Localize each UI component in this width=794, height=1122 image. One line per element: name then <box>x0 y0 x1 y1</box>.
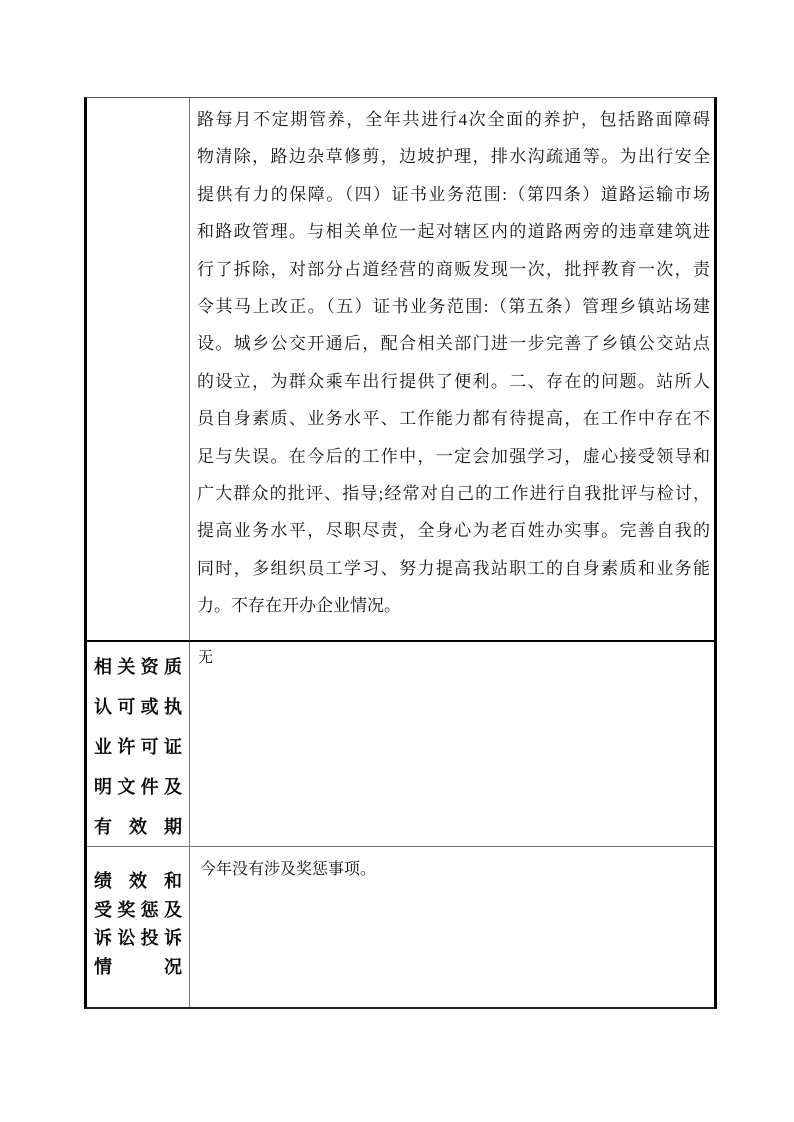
header-line: 明文件及 <box>94 767 182 807</box>
body-line: 物清除，路边杂草修剪，边坡护理，排水沟疏通等。为出行安全 <box>197 138 710 175</box>
header-line: 认可或执 <box>94 687 182 727</box>
header-line: 受奖惩及 <box>94 896 182 925</box>
header-line: 绩效和 <box>94 867 182 896</box>
body-line: 广大群众的批评、指导;经常对自己的工作进行自我批评与检讨， <box>197 475 710 512</box>
qualifications-header: 相关资质 认可或执 业许可证 明文件及 有效期 <box>87 642 190 846</box>
header-line: 诉讼投诉 <box>94 924 182 953</box>
header-line: 有效期 <box>94 807 182 847</box>
table-row-report-body: 路每月不定期管养，全年共进行4次全面的养护，包括路面障碍 物清除，路边杂草修剪，… <box>87 98 714 642</box>
body-line: 的设立，为群众乘车出行提供了便利。二、存在的问题。站所人 <box>197 363 710 400</box>
header-cell-empty <box>87 98 190 640</box>
performance-value: 今年没有涉及奖惩事项。 <box>190 847 714 1007</box>
header-line: 情况 <box>94 953 182 982</box>
body-line: 行了拆除，对部分占道经营的商贩发现一次，批抨教育一次，责 <box>197 251 710 288</box>
body-line: 力。不存在开办企业情况。 <box>197 587 710 624</box>
header-line: 业许可证 <box>94 727 182 767</box>
report-body-text: 路每月不定期管养，全年共进行4次全面的养护，包括路面障碍 物清除，路边杂草修剪，… <box>190 98 714 640</box>
body-line: 提供有力的保障。（四）证书业务范围:（第四条）道路运输市场 <box>197 176 710 213</box>
body-line: 足与失误。在今后的工作中，一定会加强学习，虚心接受领导和 <box>197 438 710 475</box>
body-line: 员自身素质、业务水平、工作能力都有待提高，在工作中存在不 <box>197 400 710 437</box>
document-page: 路每月不定期管养，全年共进行4次全面的养护，包括路面障碍 物清除，路边杂草修剪，… <box>0 0 794 1122</box>
report-table: 路每月不定期管养，全年共进行4次全面的养护，包括路面障碍 物清除，路边杂草修剪，… <box>84 97 717 1009</box>
body-line: 路每月不定期管养，全年共进行4次全面的养护，包括路面障碍 <box>197 101 710 138</box>
table-row-qualifications: 相关资质 认可或执 业许可证 明文件及 有效期 无 <box>87 642 714 847</box>
body-line: 设。城乡公交开通后，配合相关部门进一步完善了乡镇公交站点 <box>197 325 710 362</box>
body-line: 提高业务水平，尽职尽责，全身心为老百姓办实事。完善自我的 <box>197 512 710 549</box>
qualifications-value: 无 <box>190 642 714 846</box>
table-row-performance: 绩效和 受奖惩及 诉讼投诉 情况 今年没有涉及奖惩事项。 <box>87 847 714 1007</box>
body-line: 令其马上改正。（五）证书业务范围:（第五条）管理乡镇站场建 <box>197 288 710 325</box>
header-line: 相关资质 <box>94 647 182 687</box>
body-line: 和路政管理。与相关单位一起对辖区内的道路两旁的违章建筑进 <box>197 213 710 250</box>
performance-header: 绩效和 受奖惩及 诉讼投诉 情况 <box>87 847 190 1007</box>
body-line: 同时，多组织员工学习、努力提高我站职工的自身素质和业务能 <box>197 550 710 587</box>
